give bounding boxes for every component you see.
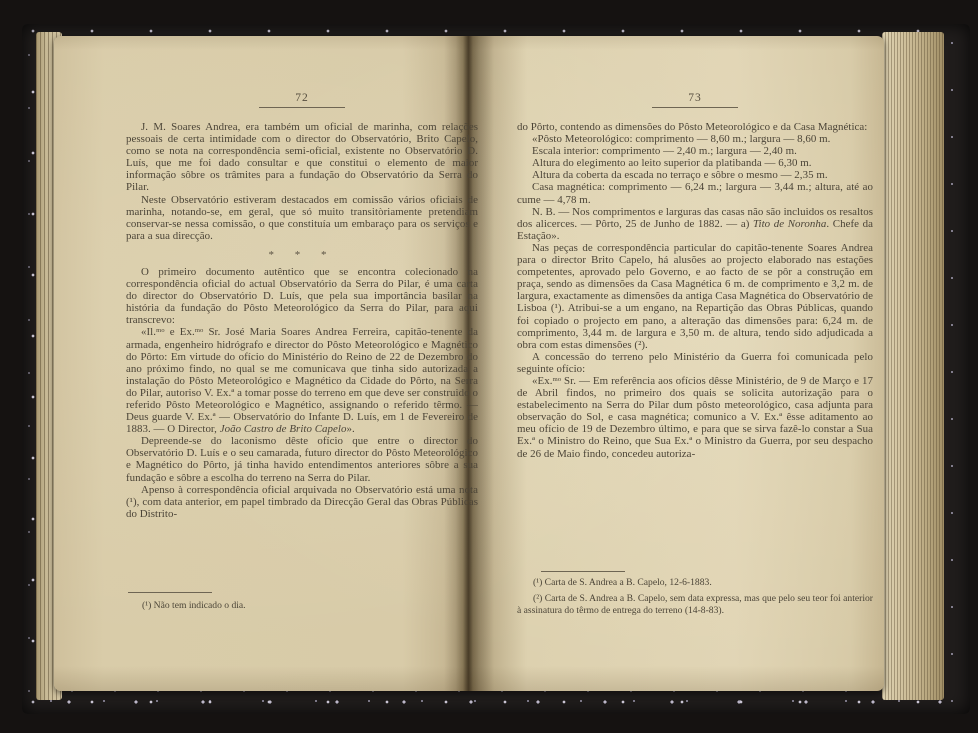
right-page-footnotes: (¹) Carta de S. Andrea a B. Capelo, 12-6… [517,571,873,616]
footnote: (²) Carta de S. Andrea a B. Capelo, sem … [517,593,873,616]
nb-paragraph: N. B. — Nos comprimentos e larguras das … [517,206,873,242]
page-number-rule [652,107,738,108]
asterism: * * * [126,249,478,261]
left-page: 72 J. M. Soares Andrea, era também um of… [126,92,478,692]
paragraph: «Pôsto Meteorológico: comprimento — 8,60… [517,133,873,145]
page-number-rule [259,107,345,108]
paragraph: do Pôrto, contendo as dimensões do Pôsto… [517,121,873,133]
right-page-body: do Pôrto, contendo as dimensões do Pôsto… [517,121,873,460]
footnote: (¹) Carta de S. Andrea a B. Capelo, 12-6… [517,577,873,588]
letter-body: «Il.ᵐᵒ e Ex.ᵐᵒ Sr. José Maria Soares And… [126,326,478,435]
paragraph: A concessão do terreno pelo Ministério d… [517,351,873,375]
right-page-edges [882,32,944,700]
footnote: (¹) Não tem indicado o dia. [126,600,478,611]
paragraph: Casa magnética: comprimento — 6,24 m.; l… [517,181,873,205]
paragraph: Altura da coberta da escada no terraço e… [517,169,873,181]
nb-signature: Tito de Noronha [753,218,826,230]
paragraph: Apenso à correspondência oficial arquiva… [126,484,478,520]
letter-paragraph: «Il.ᵐᵒ e Ex.ᵐᵒ Sr. José Maria Soares And… [126,326,478,435]
paragraph: Neste Observatório estiveram destacados … [126,194,478,242]
paragraph: J. M. Soares Andrea, era também um ofici… [126,121,478,194]
letter-signature: João Castro de Brito Capelo [220,423,347,435]
left-page-footnotes: (¹) Não tem indicado o dia. [126,592,478,611]
paragraph: Depreende-se do laconismo dêste ofício q… [126,435,478,483]
paragraph: Altura do elegimento ao leito superior d… [517,157,873,169]
left-page-body: J. M. Soares Andrea, era também um ofici… [126,121,478,520]
right-page-number: 73 [517,92,873,104]
paragraph: Escala interior: comprimento — 2,40 m.; … [517,145,873,157]
book-photo: { "colors": { "background": "#151211", "… [0,0,978,733]
letter-paragraph: «Ex.ᵐᵒ Sr. — Em referência aos ofícios d… [517,375,873,460]
letter-close: ». [347,423,355,435]
paragraph: Nas peças de correspondência particular … [517,242,873,351]
footnote-separator [128,592,212,593]
left-page-number: 72 [126,92,478,104]
right-page: 73 do Pôrto, contendo as dimensões do Pô… [517,92,873,692]
paragraph: O primeiro documento autêntico que se en… [126,266,478,326]
footnote-separator [541,571,625,572]
